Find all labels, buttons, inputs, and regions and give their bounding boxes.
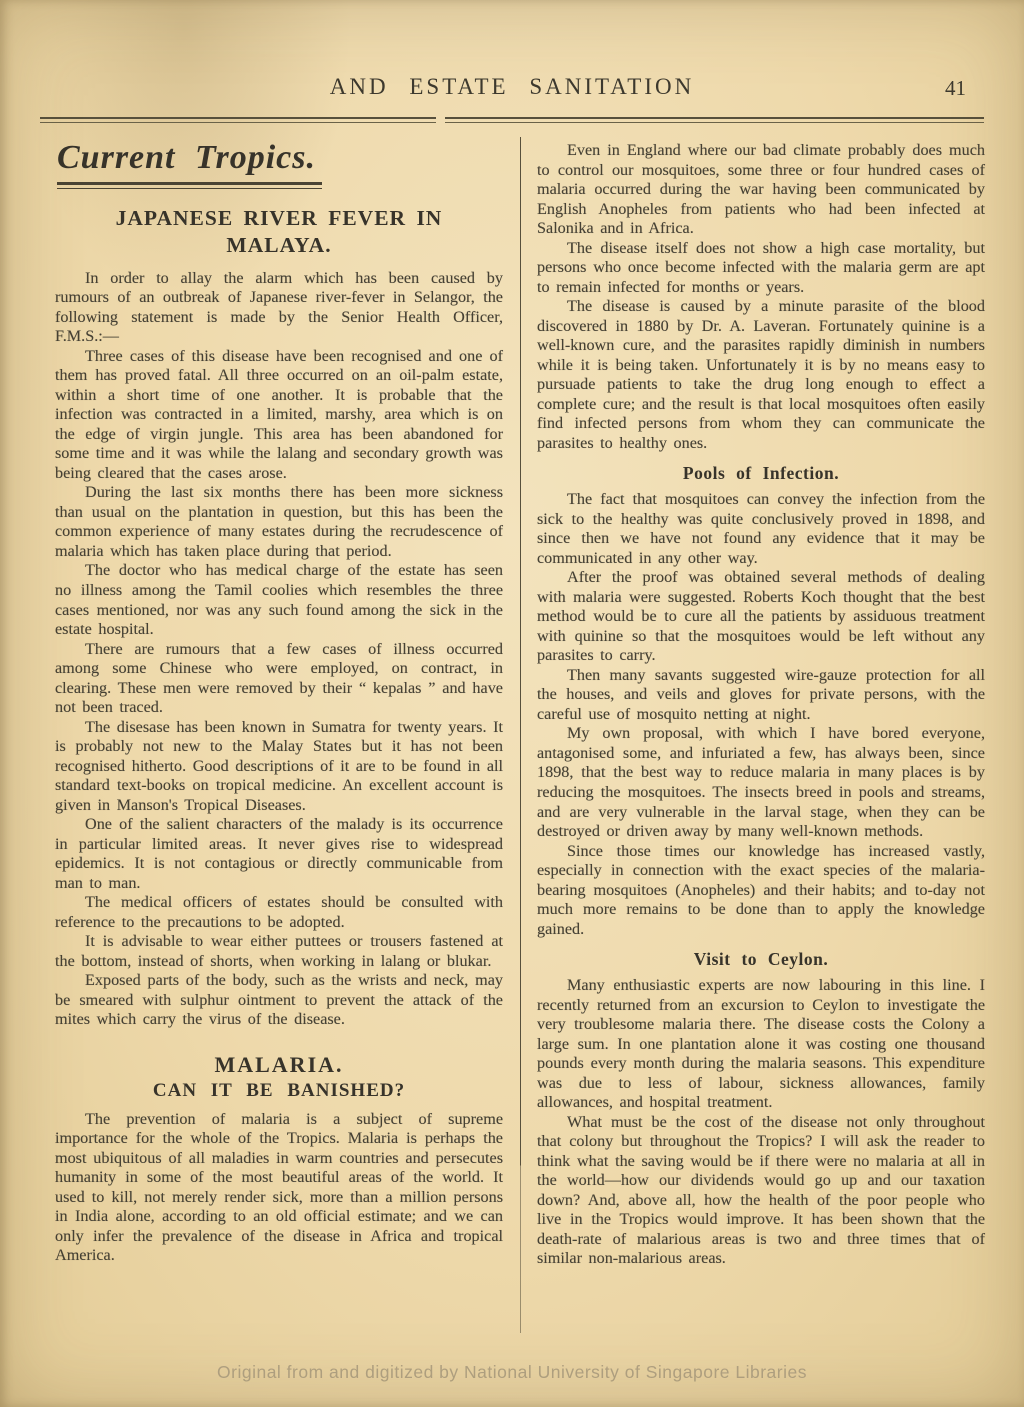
- section-title: Current Tropics.: [57, 139, 503, 185]
- paragraph: The disease itself does not show a high …: [537, 239, 985, 298]
- paragraph: The disease is caused by a minute parasi…: [537, 297, 985, 453]
- subheading-pools-of-infection: Pools of Infection.: [537, 463, 985, 484]
- page-title: AND ESTATE SANITATION: [330, 74, 694, 99]
- running-header: AND ESTATE SANITATION: [0, 74, 1024, 100]
- paragraph: The medical officers of estates should b…: [55, 893, 503, 932]
- paragraph: It is advisable to wear either puttees o…: [55, 932, 503, 971]
- paragraph: During the last six months there has bee…: [55, 483, 503, 561]
- paragraph: There are rumours that a few cases of il…: [55, 640, 503, 718]
- paragraph: Three cases of this disease have been re…: [55, 347, 503, 484]
- page-number: 41: [945, 76, 966, 101]
- paragraph: Then many savants suggested wire-gauze p…: [537, 666, 985, 725]
- header-rule-left: [40, 117, 436, 123]
- paragraph: The disesase has been known in Sumatra f…: [55, 718, 503, 816]
- article-heading-malaria: MALARIA.: [55, 1052, 503, 1078]
- paragraph: What must be the cost of the disease not…: [537, 1113, 985, 1269]
- article-subheading-can-it-be-banished: CAN IT BE BANISHED?: [55, 1080, 503, 1102]
- paragraph: The fact that mosquitoes can convey the …: [537, 490, 985, 568]
- subheading-visit-to-ceylon: Visit to Ceylon.: [537, 949, 985, 970]
- header-rule-right: [445, 117, 984, 123]
- paragraph: In order to allay the alarm which has be…: [55, 269, 503, 347]
- paragraph: After the proof was obtained several met…: [537, 568, 985, 666]
- paragraph: Even in England where our bad climate pr…: [537, 141, 985, 239]
- right-column: Even in England where our bad climate pr…: [537, 133, 985, 1333]
- header-rule: [40, 117, 984, 123]
- paragraph: One of the salient characters of the mal…: [55, 815, 503, 893]
- left-column: Current Tropics. JAPANESE RIVER FEVER IN…: [55, 133, 503, 1333]
- column-divider-rule: [520, 137, 521, 1333]
- two-column-layout: Current Tropics. JAPANESE RIVER FEVER IN…: [55, 133, 985, 1333]
- paragraph: My own proposal, with which I have bored…: [537, 724, 985, 841]
- paragraph: Since those times our knowledge has incr…: [537, 842, 985, 940]
- scanned-document-page: AND ESTATE SANITATION 41 Current Tropics…: [0, 0, 1024, 1407]
- article-heading-japanese-river-fever: JAPANESE RIVER FEVER IN MALAYA.: [107, 205, 452, 259]
- paragraph: The doctor who has medical charge of the…: [55, 561, 503, 639]
- paragraph: The prevention of malaria is a subject o…: [55, 1110, 503, 1266]
- digitization-credit: Original from and digitized by National …: [0, 1362, 1024, 1383]
- paragraph: Many enthusiastic experts are now labour…: [537, 976, 985, 1113]
- paragraph: Exposed parts of the body, such as the w…: [55, 971, 503, 1030]
